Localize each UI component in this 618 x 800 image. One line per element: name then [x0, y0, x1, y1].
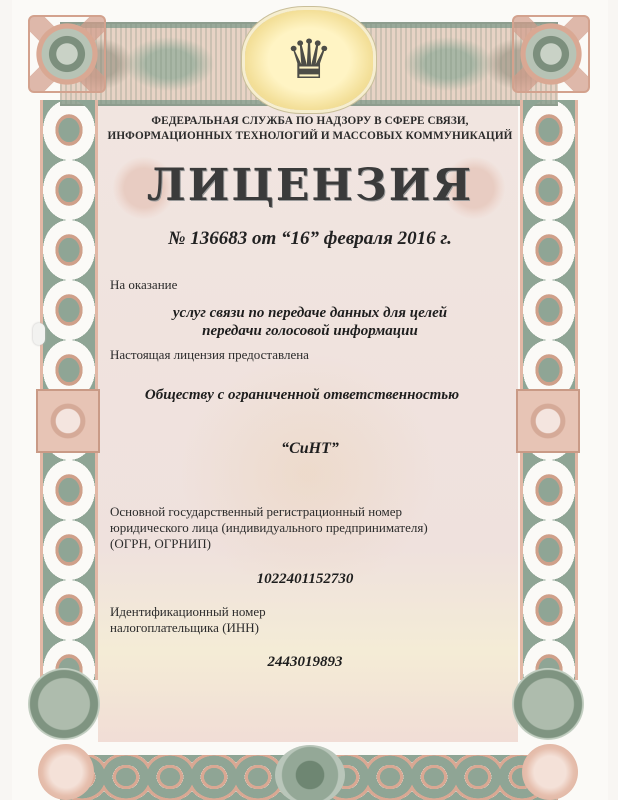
corner-ornament-top-left	[28, 15, 106, 93]
bottom-right-rose	[522, 744, 578, 800]
service-line-1: услуг связи по передаче данных для целей	[100, 304, 520, 322]
ogrn-label-line-2: юридического лица (индивидуального предп…	[110, 520, 428, 536]
document-title: ЛИЦЕНЗИЯ	[140, 160, 480, 211]
inn-label: Идентификационный номер налогоплательщик…	[110, 604, 266, 636]
bottom-left-rose	[38, 744, 94, 800]
bottom-center-medallion	[275, 745, 345, 800]
bottom-left-round-ornament	[28, 668, 100, 740]
service-description: услуг связи по передаче данных для целей…	[100, 304, 520, 340]
service-label: На оказание	[110, 277, 177, 293]
service-line-2: передачи голосовой информации	[100, 322, 520, 340]
inn-value: 2443019893	[95, 653, 515, 671]
agency-line-1: ФЕДЕРАЛЬНАЯ СЛУЖБА ПО НАДЗОРУ В СФЕРЕ СВ…	[100, 114, 520, 129]
right-side-medallion	[516, 389, 580, 453]
granted-label: Настоящая лицензия предоставлена	[110, 347, 309, 363]
corner-ornament-top-right	[512, 15, 590, 93]
agency-line-2: ИНФОРМАЦИОННЫХ ТЕХНОЛОГИЙ И МАССОВЫХ КОМ…	[100, 129, 520, 144]
ogrn-label-line-3: (ОГРН, ОГРНИП)	[110, 536, 428, 552]
license-page: ♛ ФЕДЕРАЛЬНАЯ СЛУЖБА ПО НАДЗОРУ В СФЕРЕ …	[0, 0, 618, 800]
punch-hole	[33, 323, 45, 345]
ogrn-label-line-1: Основной государственный регистрационный…	[110, 504, 428, 520]
left-side-medallion	[36, 389, 100, 453]
coat-of-arms-medallion: ♛	[245, 10, 373, 110]
inn-label-line-1: Идентификационный номер	[110, 604, 266, 620]
double-headed-eagle-icon: ♛	[285, 33, 333, 87]
licensee-legal-form: Обществу с ограниченной ответственностью	[92, 386, 512, 404]
bottom-right-round-ornament	[512, 668, 584, 740]
ogrn-value: 1022401152730	[95, 570, 515, 588]
licensee-name: “СиНТ”	[100, 440, 520, 458]
inn-label-line-2: налогоплательщика (ИНН)	[110, 620, 266, 636]
ogrn-label: Основной государственный регистрационный…	[110, 504, 428, 552]
issuing-agency: ФЕДЕРАЛЬНАЯ СЛУЖБА ПО НАДЗОРУ В СФЕРЕ СВ…	[100, 114, 520, 144]
license-number: № 136683 от “16” февраля 2016 г.	[100, 228, 520, 250]
